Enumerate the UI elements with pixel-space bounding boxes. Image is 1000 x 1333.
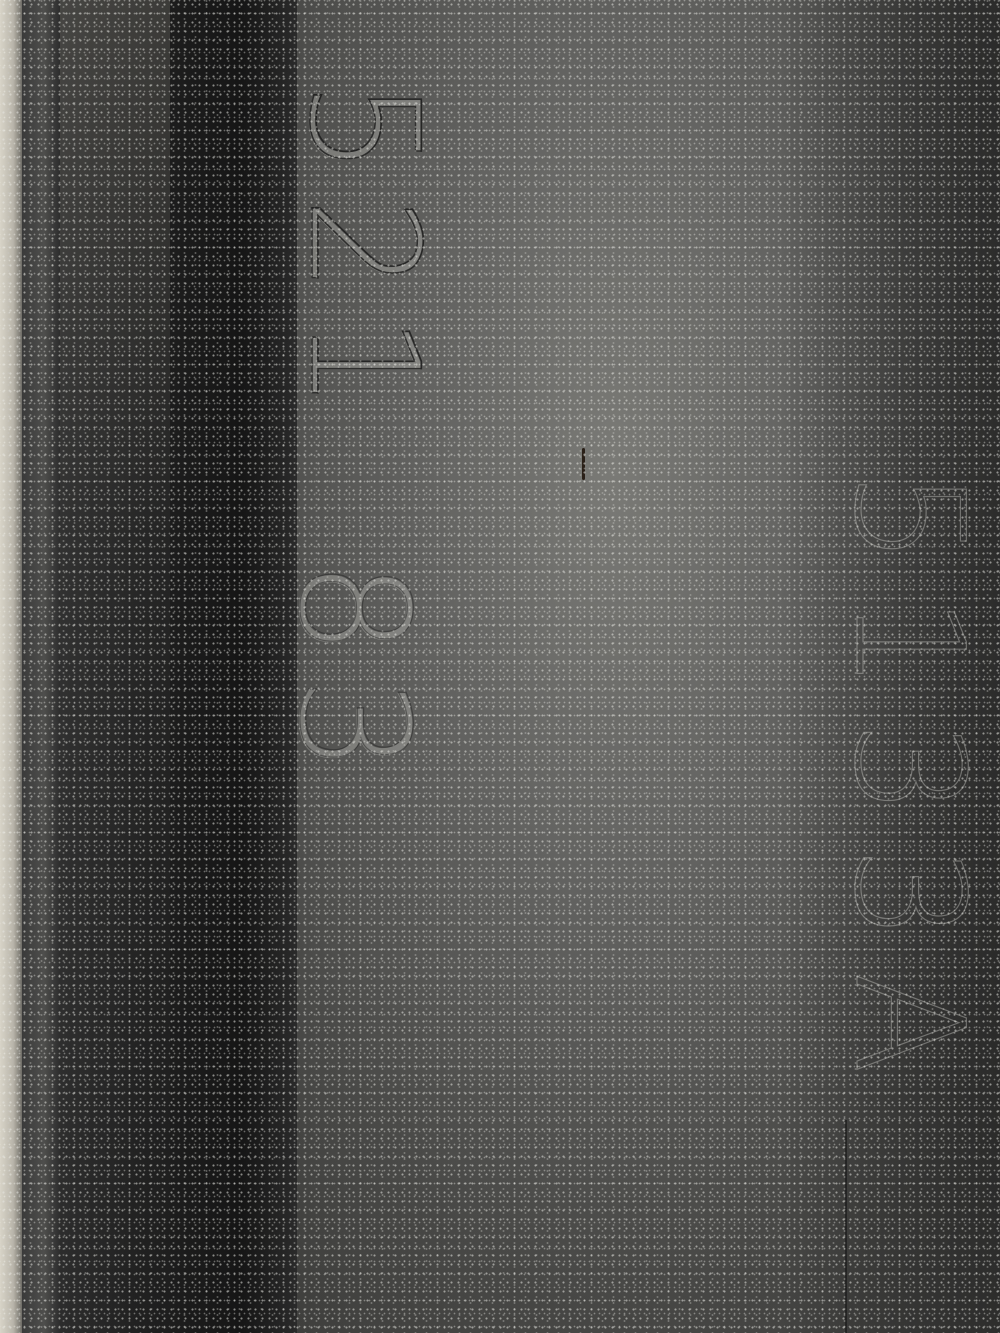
photo: 521 83 5133A bbox=[0, 0, 1000, 1333]
surface-texture bbox=[0, 0, 1000, 1333]
